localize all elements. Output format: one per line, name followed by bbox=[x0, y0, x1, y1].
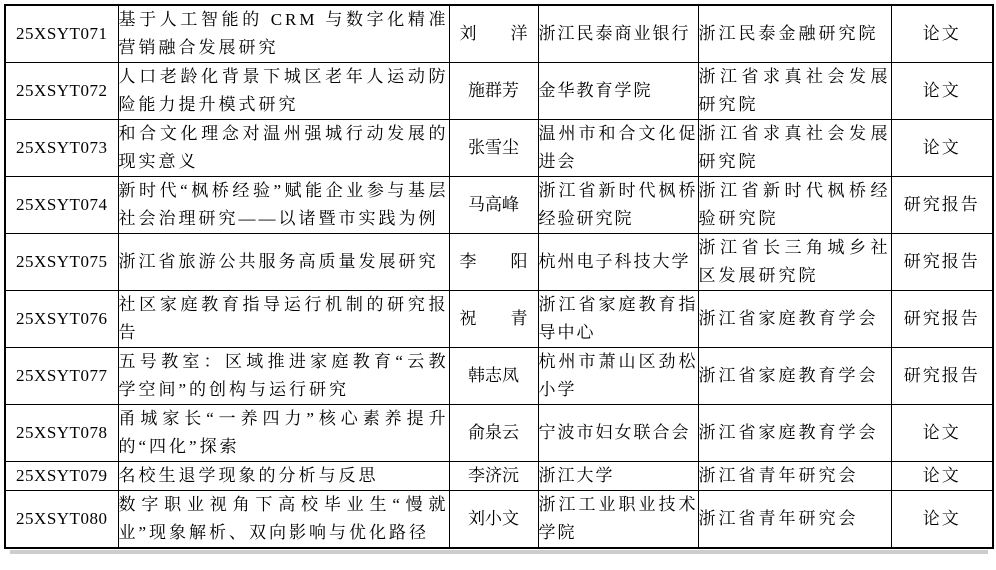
result-type-cell: 研究报告 bbox=[891, 291, 993, 348]
scan-shadow-artifact bbox=[10, 550, 988, 554]
project-title-cell: 五号教室：区域推进家庭教育“云教学空间”的创构与运行研究 bbox=[118, 348, 449, 405]
table-row: 25XSYT073和合文化理念对温州强城行动发展的现实意义张雪尘温州市和合文化促… bbox=[5, 120, 993, 177]
work-unit-cell: 杭州市萧山区劲松小学 bbox=[538, 348, 698, 405]
table-body: 25XSYT071基于人工智能的 CRM 与数字化精准营销融合发展研究刘 洋浙江… bbox=[5, 5, 993, 548]
project-leader-cell: 祝 青 bbox=[449, 291, 538, 348]
project-leader-cell: 刘小文 bbox=[449, 491, 538, 549]
work-unit-cell: 宁波市妇女联合会 bbox=[538, 405, 698, 462]
project-title-cell: 新时代“枫桥经验”赋能企业参与基层社会治理研究——以诸暨市实践为例 bbox=[118, 177, 449, 234]
project-id-cell: 25XSYT072 bbox=[5, 63, 118, 120]
work-unit-cell: 浙江大学 bbox=[538, 462, 698, 491]
result-type-cell: 研究报告 bbox=[891, 348, 993, 405]
project-leader-cell: 刘 洋 bbox=[449, 5, 538, 63]
project-leader-cell: 马高峰 bbox=[449, 177, 538, 234]
recommending-institute-cell: 浙江省求真社会发展研究院 bbox=[698, 63, 891, 120]
project-leader-cell: 韩志凤 bbox=[449, 348, 538, 405]
project-id-cell: 25XSYT078 bbox=[5, 405, 118, 462]
project-title-cell: 社区家庭教育指导运行机制的研究报告 bbox=[118, 291, 449, 348]
recommending-institute-cell: 浙江省新时代枫桥经验研究院 bbox=[698, 177, 891, 234]
result-type-cell: 研究报告 bbox=[891, 177, 993, 234]
result-type-cell: 论文 bbox=[891, 405, 993, 462]
work-unit-cell: 浙江工业职业技术学院 bbox=[538, 491, 698, 549]
work-unit-cell: 温州市和合文化促进会 bbox=[538, 120, 698, 177]
table-row: 25XSYT072人口老龄化背景下城区老年人运动防险能力提升模式研究施群芳金华教… bbox=[5, 63, 993, 120]
project-id-cell: 25XSYT080 bbox=[5, 491, 118, 549]
project-id-cell: 25XSYT077 bbox=[5, 348, 118, 405]
project-title-cell: 和合文化理念对温州强城行动发展的现实意义 bbox=[118, 120, 449, 177]
project-id-cell: 25XSYT079 bbox=[5, 462, 118, 491]
work-unit-cell: 杭州电子科技大学 bbox=[538, 234, 698, 291]
project-leader-cell: 李 阳 bbox=[449, 234, 538, 291]
project-title-cell: 数字职业视角下高校毕业生“慢就业”现象解析、双向影响与优化路径 bbox=[118, 491, 449, 549]
table-row: 25XSYT076社区家庭教育指导运行机制的研究报告祝 青浙江省家庭教育指导中心… bbox=[5, 291, 993, 348]
result-type-cell: 论文 bbox=[891, 120, 993, 177]
recommending-institute-cell: 浙江省求真社会发展研究院 bbox=[698, 120, 891, 177]
project-title-cell: 浙江省旅游公共服务高质量发展研究 bbox=[118, 234, 449, 291]
project-leader-cell: 俞泉云 bbox=[449, 405, 538, 462]
work-unit-cell: 浙江省新时代枫桥经验研究院 bbox=[538, 177, 698, 234]
table-row: 25XSYT078甬城家长“一养四力”核心素养提升的“四化”探索俞泉云宁波市妇女… bbox=[5, 405, 993, 462]
result-type-cell: 论文 bbox=[891, 462, 993, 491]
recommending-institute-cell: 浙江省长三角城乡社区发展研究院 bbox=[698, 234, 891, 291]
table-row: 25XSYT075浙江省旅游公共服务高质量发展研究李 阳杭州电子科技大学浙江省长… bbox=[5, 234, 993, 291]
recommending-institute-cell: 浙江省青年研究会 bbox=[698, 491, 891, 549]
recommending-institute-cell: 浙江省家庭教育学会 bbox=[698, 348, 891, 405]
table-row: 25XSYT074新时代“枫桥经验”赋能企业参与基层社会治理研究——以诸暨市实践… bbox=[5, 177, 993, 234]
project-id-cell: 25XSYT073 bbox=[5, 120, 118, 177]
project-leader-cell: 张雪尘 bbox=[449, 120, 538, 177]
project-title-cell: 人口老龄化背景下城区老年人运动防险能力提升模式研究 bbox=[118, 63, 449, 120]
work-unit-cell: 浙江省家庭教育指导中心 bbox=[538, 291, 698, 348]
project-id-cell: 25XSYT076 bbox=[5, 291, 118, 348]
project-id-cell: 25XSYT075 bbox=[5, 234, 118, 291]
table-row: 25XSYT080数字职业视角下高校毕业生“慢就业”现象解析、双向影响与优化路径… bbox=[5, 491, 993, 549]
table-row: 25XSYT079名校生退学现象的分析与反思李济沅浙江大学浙江省青年研究会论文 bbox=[5, 462, 993, 491]
project-title-cell: 甬城家长“一养四力”核心素养提升的“四化”探索 bbox=[118, 405, 449, 462]
project-title-cell: 名校生退学现象的分析与反思 bbox=[118, 462, 449, 491]
table-row: 25XSYT077五号教室：区域推进家庭教育“云教学空间”的创构与运行研究韩志凤… bbox=[5, 348, 993, 405]
result-type-cell: 论文 bbox=[891, 63, 993, 120]
recommending-institute-cell: 浙江民泰金融研究院 bbox=[698, 5, 891, 63]
result-type-cell: 论文 bbox=[891, 491, 993, 549]
work-unit-cell: 金华教育学院 bbox=[538, 63, 698, 120]
project-id-cell: 25XSYT074 bbox=[5, 177, 118, 234]
project-leader-cell: 李济沅 bbox=[449, 462, 538, 491]
result-type-cell: 论文 bbox=[891, 5, 993, 63]
recommending-institute-cell: 浙江省家庭教育学会 bbox=[698, 405, 891, 462]
project-leader-cell: 施群芳 bbox=[449, 63, 538, 120]
table-row: 25XSYT071基于人工智能的 CRM 与数字化精准营销融合发展研究刘 洋浙江… bbox=[5, 5, 993, 63]
recommending-institute-cell: 浙江省家庭教育学会 bbox=[698, 291, 891, 348]
project-id-cell: 25XSYT071 bbox=[5, 5, 118, 63]
work-unit-cell: 浙江民泰商业银行 bbox=[538, 5, 698, 63]
project-title-cell: 基于人工智能的 CRM 与数字化精准营销融合发展研究 bbox=[118, 5, 449, 63]
project-approval-table: 25XSYT071基于人工智能的 CRM 与数字化精准营销融合发展研究刘 洋浙江… bbox=[4, 4, 994, 549]
result-type-cell: 研究报告 bbox=[891, 234, 993, 291]
recommending-institute-cell: 浙江省青年研究会 bbox=[698, 462, 891, 491]
